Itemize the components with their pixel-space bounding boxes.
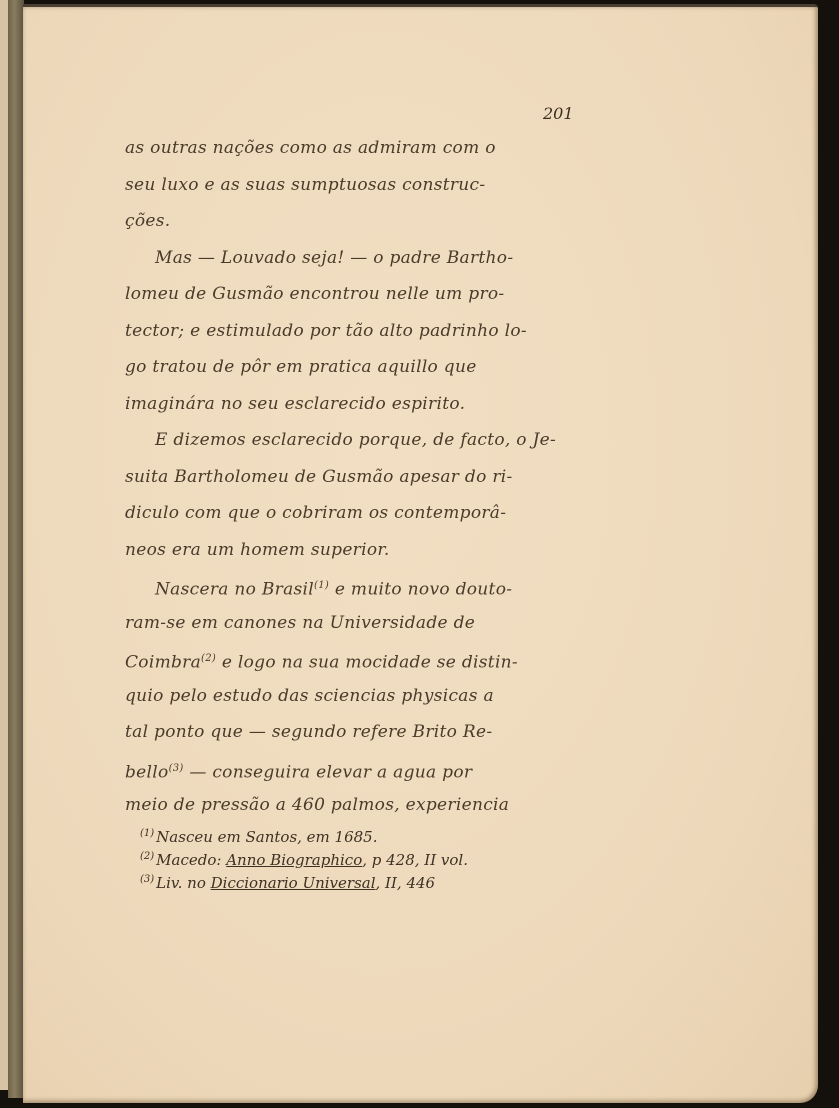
footnote-ref-3: (3): [169, 763, 184, 774]
page-number: 201: [543, 104, 574, 123]
text-segment: neos era um homem superior.: [125, 540, 390, 560]
paragraph-start-line: Nascera no Brasil(1) e muito novo douto-: [125, 568, 585, 605]
text-line: imaginára no seu esclarecido espirito.: [125, 386, 585, 423]
footnote-text: , II, 446: [376, 874, 436, 892]
footnote-1: (1)Nasceu em Santos, em 1685.: [140, 822, 600, 845]
text-segment: e muito novo douto-: [335, 580, 512, 600]
text-segment: — conseguira elevar a agua por: [189, 762, 472, 782]
paragraph-start-line: E dizemos esclarecido porque, de facto, …: [125, 422, 585, 459]
text-line: go tratou de pôr em pratica aquillo que: [125, 349, 585, 386]
text-line: meio de pressão a 460 palmos, experienci…: [125, 787, 585, 824]
footnote-mark: (1): [140, 828, 154, 839]
text-line: suita Bartholomeu de Gusmão apesar do ri…: [125, 459, 585, 496]
footnote-title: Anno Biographico: [226, 851, 362, 869]
text-line: ções.: [125, 203, 585, 240]
text-line: tal ponto que — segundo refere Brito Re-: [125, 714, 585, 751]
footnote-ref-1: (1): [314, 580, 329, 591]
footnote-text: , p 428, II vol.: [362, 851, 468, 869]
text-line: tector; e estimulado por tão alto padrin…: [125, 313, 585, 350]
text-line: neos era um homem superior.: [125, 532, 585, 569]
text-line: ram-se em canones na Universidade de: [125, 605, 585, 642]
footnote-text: Nasceu em Santos, em 1685.: [156, 828, 377, 846]
footnote-text: Macedo:: [156, 851, 226, 869]
footnote-text: Liv. no: [156, 874, 210, 892]
text-segment: Nascera no Brasil: [155, 580, 314, 600]
text-line: as outras nações como as admiram com o: [125, 130, 585, 167]
footnote-3: (3)Liv. no Diccionario Universal, II, 44…: [140, 868, 600, 891]
text-line: quio pelo estudo das sciencias physicas …: [125, 678, 585, 715]
text-segment: Coimbra: [125, 653, 201, 673]
text-line: lomeu de Gusmão encontrou nelle um pro-: [125, 276, 585, 313]
footnotes: (1)Nasceu em Santos, em 1685. (2)Macedo:…: [140, 822, 600, 891]
binding-spine: [8, 0, 24, 1098]
text-line: Coimbra(2) e logo na sua mocidade se dis…: [125, 641, 585, 678]
manuscript-body: as outras nações como as admiram com o s…: [125, 130, 585, 824]
text-segment: bello: [125, 762, 169, 782]
footnote-2: (2)Macedo: Anno Biographico, p 428, II v…: [140, 845, 600, 868]
footnote-mark: (2): [140, 851, 154, 862]
text-line: bello(3) — conseguira elevar a agua por: [125, 751, 585, 788]
footnote-title: Diccionario Universal: [211, 874, 376, 892]
text-line: seu luxo e as suas sumptuosas construc-: [125, 167, 585, 204]
footnote-ref-2: (2): [201, 653, 216, 664]
footnote-mark: (3): [140, 874, 154, 885]
text-line: diculo com que o cobriram os contemporâ-: [125, 495, 585, 532]
text-segment: e logo na sua mocidade se distin-: [222, 653, 518, 673]
paragraph-start-line: Mas — Louvado seja! — o padre Bartho-: [125, 240, 585, 277]
